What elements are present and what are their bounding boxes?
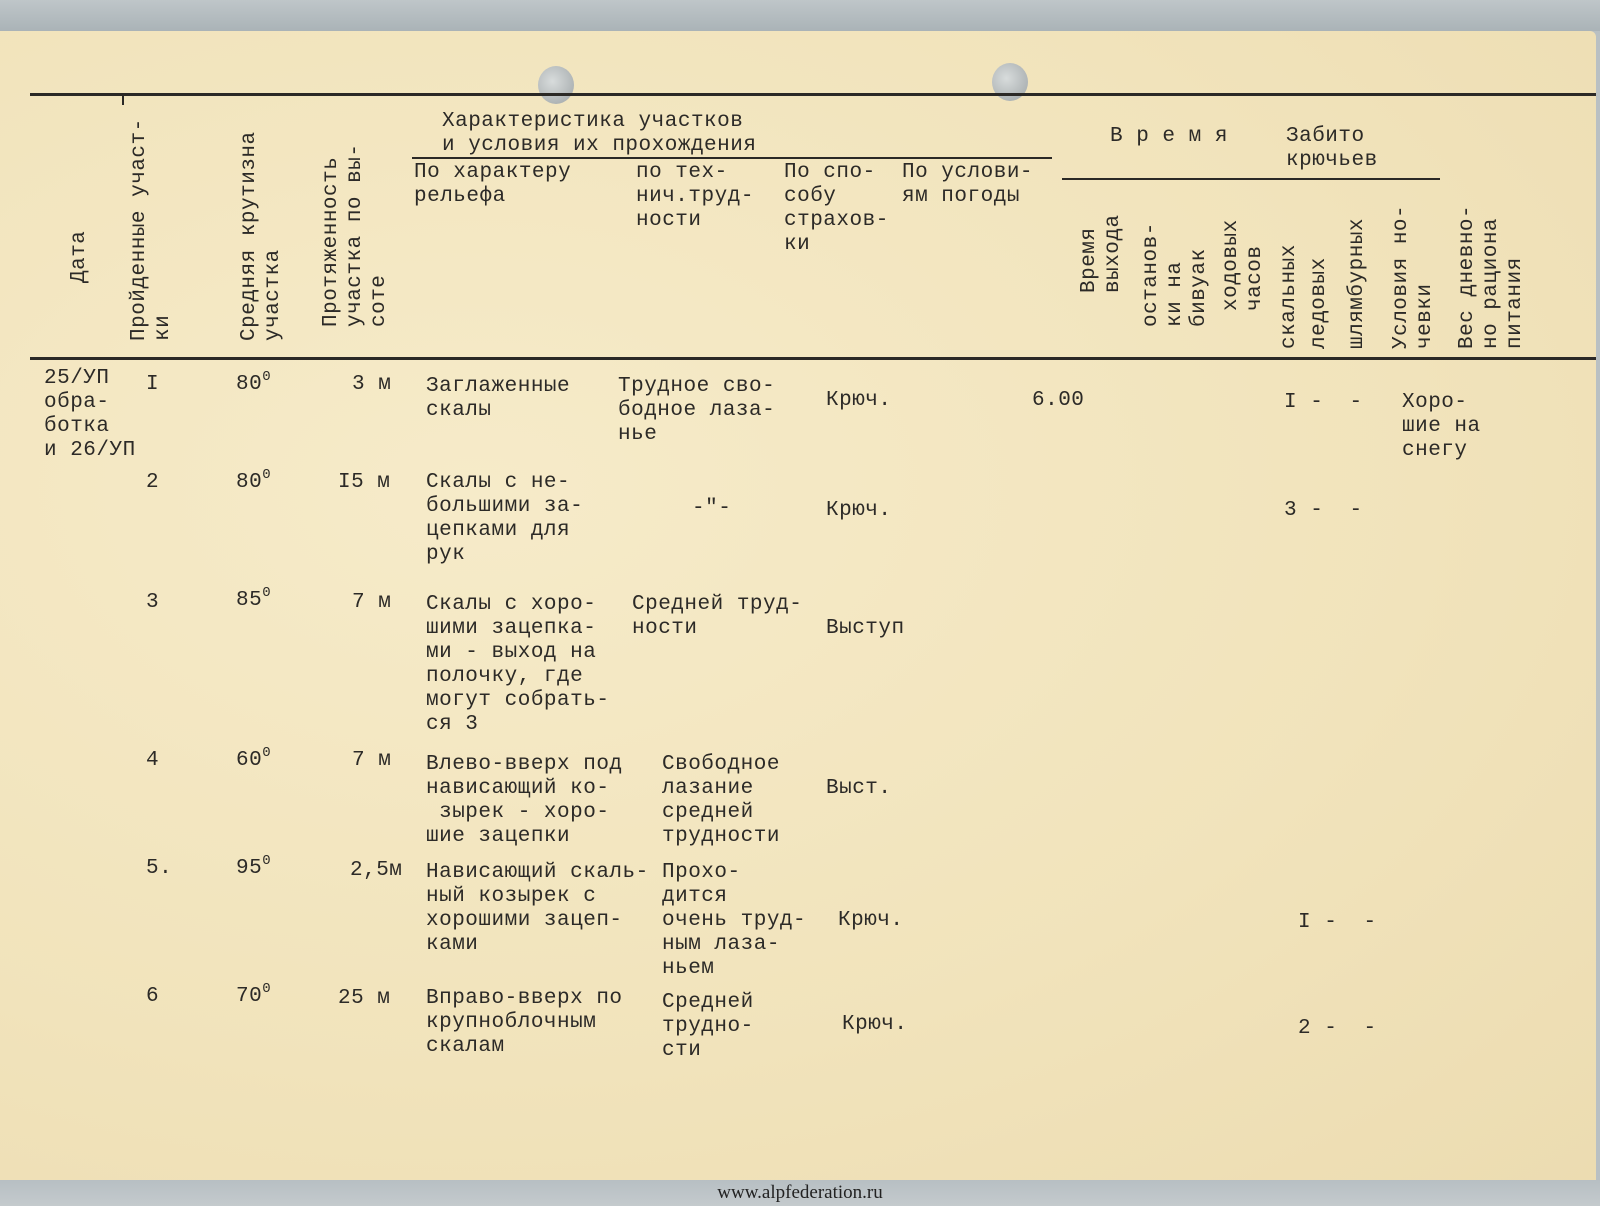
- row4-steepness: 600: [236, 749, 271, 773]
- row1-technical: Трудное сво- бодное лаза- нье: [618, 375, 775, 447]
- row5-relief: Нависающий скаль- ный козырек с хорошими…: [426, 861, 649, 957]
- row3-section: 3: [146, 591, 159, 615]
- row6-technical: Средней трудно- сти: [662, 991, 754, 1063]
- header-pitons-group: Забито крючьев: [1286, 125, 1378, 173]
- row5-length: 2,5м: [350, 859, 402, 883]
- row6-relief: Вправо-вверх по крупноблочным скалам: [426, 987, 623, 1059]
- header-steepness: Средняя крутизна участка: [238, 131, 286, 341]
- row4-belay: Выст.: [826, 777, 892, 801]
- row3-length: 7 м: [352, 591, 391, 615]
- header-time-group: В р е м я: [1110, 125, 1228, 149]
- row5-technical: Прохо- дится очень труд- ным лаза- ньем: [662, 861, 806, 981]
- row6-belay: Крюч.: [842, 1013, 908, 1037]
- header-rock-pitons: скальных: [1278, 244, 1302, 349]
- header-ice-pitons: ледовых: [1308, 257, 1332, 349]
- row2-section: 2: [146, 471, 159, 495]
- header-bivouac: останов- ки на бивуак: [1140, 222, 1212, 327]
- header-length: Протяженность участка по вы- соте: [320, 144, 392, 327]
- row2-steepness: 800: [236, 471, 271, 495]
- document-page: Дата Пройденные участ- ки Средняя крутиз…: [0, 31, 1596, 1180]
- header-bolts: шлямбурных: [1346, 218, 1370, 349]
- row3-steepness: 850: [236, 589, 271, 613]
- header-characteristics-group: Характеристика участков и условия их про…: [442, 110, 756, 158]
- watermark-link[interactable]: www.alpfederation.ru: [0, 1182, 1600, 1204]
- table-top-rule: [30, 93, 1596, 96]
- punch-hole: [538, 66, 574, 104]
- row6-steepness: 700: [236, 985, 271, 1009]
- row3-relief: Скалы с хоро- шими зацепка- ми - выход н…: [426, 593, 609, 737]
- header-overnight: Условия но- чевки: [1390, 205, 1438, 349]
- row1-length: 3 м: [352, 373, 391, 397]
- row3-belay: Выступ: [826, 617, 905, 641]
- header-ration-weight: Вес дневно- но рациона питания: [1456, 205, 1528, 349]
- row1-relief: Заглаженные скалы: [426, 375, 570, 423]
- row4-length: 7 м: [352, 749, 391, 773]
- row5-section: 5.: [146, 857, 172, 881]
- row3-technical: Средней труд- ности: [632, 593, 802, 641]
- header-belay: По спо- собу страхов- ки: [784, 161, 889, 257]
- header-relief: По характеру рельефа: [414, 161, 571, 209]
- time-pitons-underline: [1062, 178, 1440, 180]
- row1-section: I: [146, 373, 159, 397]
- row1-overnight: Хоро- шие на снегу: [1402, 391, 1481, 463]
- row2-length: I5 м: [338, 471, 390, 495]
- row1-date: 25/УП обра- ботка и 26/УП: [44, 367, 136, 463]
- header-walking-hours: ходовых часов: [1220, 219, 1268, 311]
- header-date: Дата: [68, 231, 92, 283]
- row1-belay: Крюч.: [826, 389, 892, 413]
- row2-belay: Крюч.: [826, 499, 892, 523]
- header-technical: по тех- нич.труд- ности: [636, 161, 754, 233]
- row5-pitons: I - -: [1298, 911, 1377, 935]
- row1-pitons: I - -: [1284, 391, 1363, 415]
- row4-section: 4: [146, 749, 159, 773]
- scan-top-margin: [0, 0, 1600, 31]
- row6-length: 25 м: [338, 987, 390, 1011]
- row2-relief: Скалы с не- большими за- цепками для рук: [426, 471, 583, 567]
- row6-section: 6: [146, 985, 159, 1009]
- row5-belay: Крюч.: [838, 909, 904, 933]
- row2-technical: -"-: [692, 497, 731, 521]
- row1-departure: 6.00: [1032, 389, 1084, 413]
- row5-steepness: 950: [236, 857, 271, 881]
- header-weather: По услови- ям погоды: [902, 161, 1033, 209]
- row1-steepness: 800: [236, 373, 271, 397]
- row6-pitons: 2 - -: [1298, 1017, 1377, 1041]
- row4-technical: Свободное лазание средней трудности: [662, 753, 780, 849]
- row2-pitons: 3 - -: [1284, 499, 1363, 523]
- column-tick: [122, 93, 124, 105]
- header-departure: Время выхода: [1078, 214, 1126, 293]
- header-bottom-rule: [30, 357, 1596, 360]
- row4-relief: Влево-вверх под нависающий ко- зырек - х…: [426, 753, 623, 849]
- header-sections: Пройденные участ- ки: [128, 118, 176, 341]
